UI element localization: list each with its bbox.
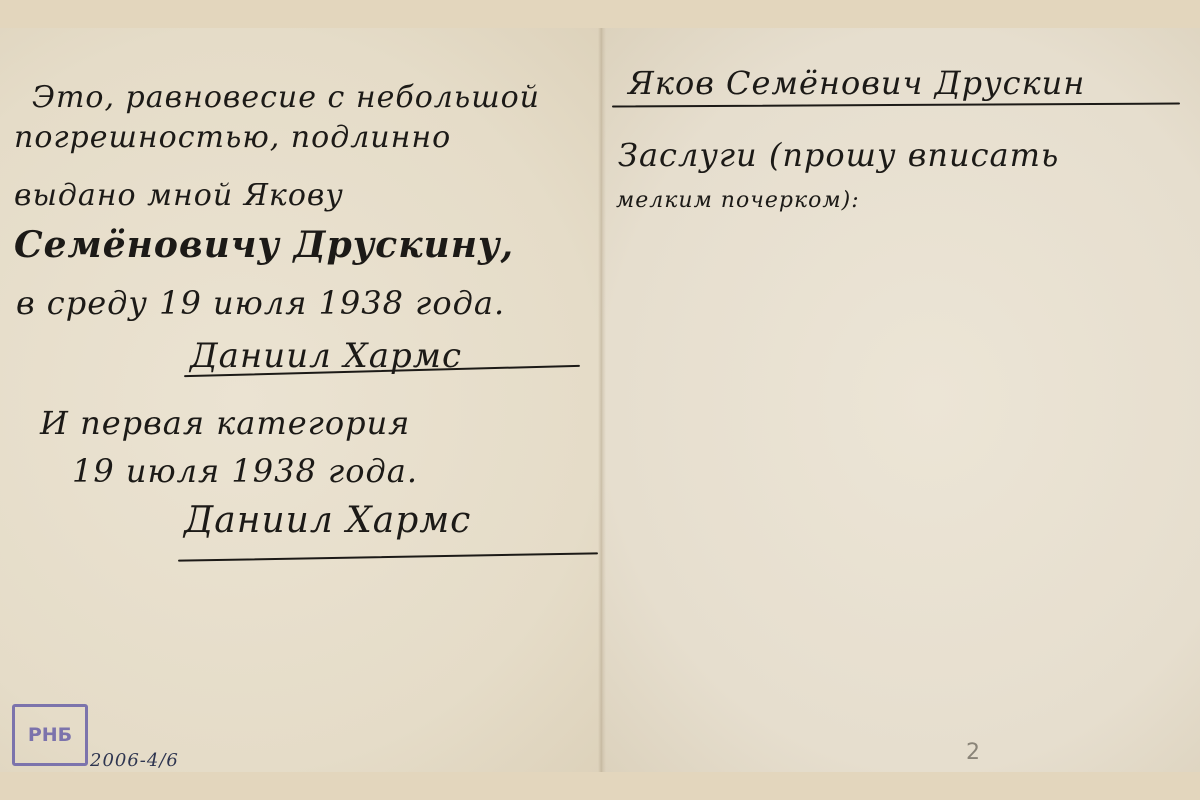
left-page: Это, равновесие с небольшой погрешностью…	[0, 28, 602, 772]
text-line-4: Семёновичу Друскину,	[14, 224, 514, 266]
signature-underline-2	[178, 552, 598, 561]
card-sheet: Это, равновесие с небольшой погрешностью…	[0, 28, 1200, 772]
text-line-2: погрешностью, подлинно	[14, 120, 451, 155]
text-line-6: И первая категория	[40, 404, 410, 442]
recipient-name: Яков Семёнович Друскин	[628, 64, 1085, 102]
center-fold	[598, 28, 606, 772]
text-line-3: выдано мной Якову	[14, 178, 344, 213]
stamp-text: РНБ	[28, 724, 72, 746]
signature-2: Даниил Хармс	[184, 500, 471, 541]
document-scan: Это, равновесие с небольшой погрешностью…	[0, 0, 1200, 800]
text-line-5: в среду 19 июля 1938 года.	[16, 284, 505, 322]
merits-line-1: Заслуги (прошу вписать	[618, 136, 1059, 174]
text-line-7: 19 июля 1938 года.	[72, 452, 418, 490]
page-number: 2	[966, 740, 980, 765]
library-stamp: РНБ	[12, 704, 88, 766]
text-line-1: Это, равновесие с небольшой	[32, 80, 540, 115]
merits-line-2: мелким почерком):	[616, 188, 860, 213]
shelfmark: 2006-4/6	[90, 750, 179, 771]
